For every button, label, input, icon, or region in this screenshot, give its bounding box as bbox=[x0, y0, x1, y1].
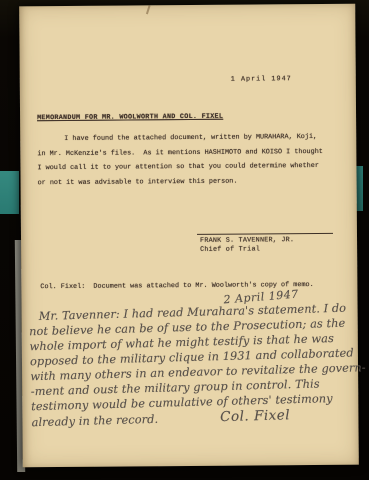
memo-heading: MEMORANDUM FOR MR. WOOLWORTH AND COL. FI… bbox=[37, 113, 223, 122]
paper-crease bbox=[146, 5, 151, 14]
memo-body: I have found the attached document, writ… bbox=[37, 130, 343, 191]
handwritten-line: already in the record. bbox=[31, 412, 158, 430]
signature-rule bbox=[197, 233, 333, 235]
memo-date: 1 April 1947 bbox=[231, 75, 292, 83]
memo-body-line: I would call it to your attention so tha… bbox=[37, 159, 343, 176]
memo-page: 1 April 1947 MEMORANDUM FOR MR. WOOLWORT… bbox=[19, 4, 359, 468]
memo-body-line: or not it was advisable to interview thi… bbox=[38, 174, 344, 191]
signature-title: Chief of Trial bbox=[200, 245, 260, 253]
photo-background: 1 April 1947 MEMORANDUM FOR MR. WOOLWORT… bbox=[0, 0, 369, 480]
teal-backing-left bbox=[0, 171, 19, 214]
signature-name: FRANK S. TAVENNER, JR. bbox=[200, 236, 294, 245]
handwritten-signature: Col. Fixel bbox=[220, 407, 290, 425]
handwritten-note: Mr. Tavenner: I had read Murahara's stat… bbox=[29, 300, 362, 430]
